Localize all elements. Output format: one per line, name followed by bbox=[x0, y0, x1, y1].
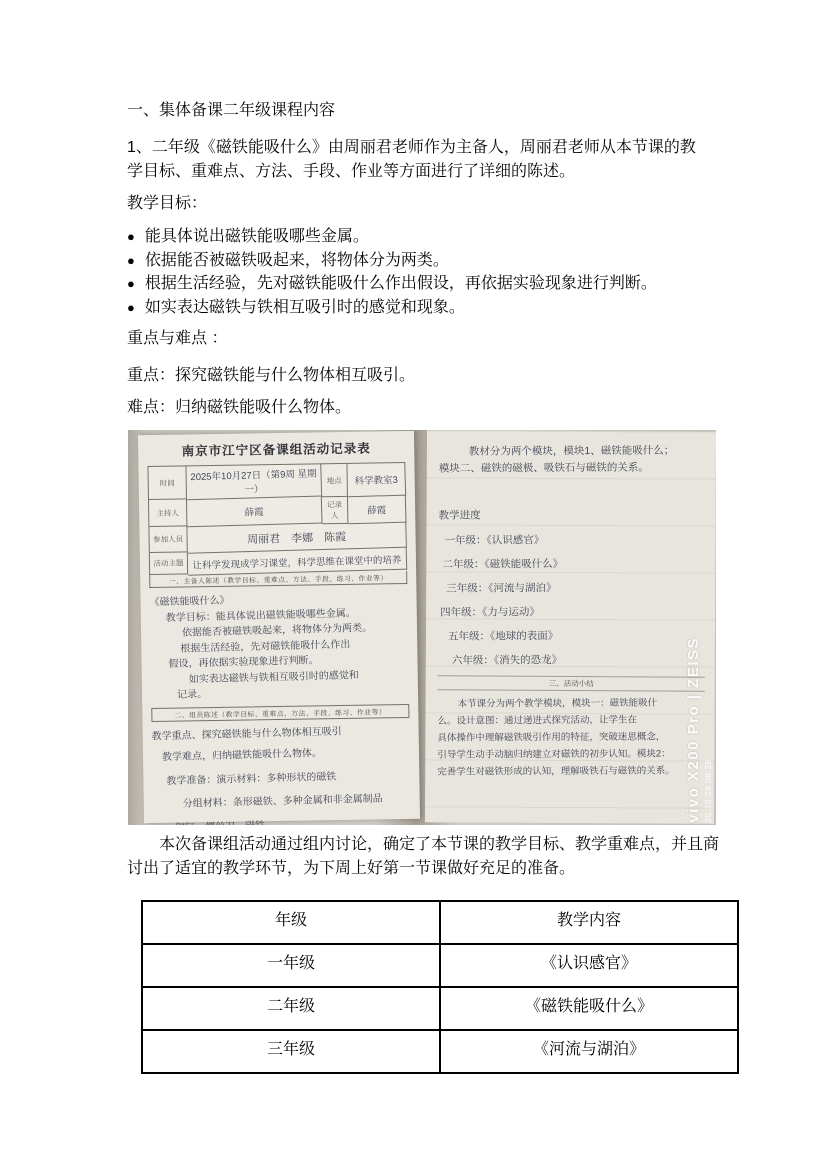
bullet-icon: ● bbox=[127, 249, 135, 273]
content-cell: 《河流与湖泊》 bbox=[440, 1030, 738, 1073]
camera-watermark: vivo X200 Pro | ZEISS 25.10.28 08:26 bbox=[685, 637, 713, 823]
difficulty-line: 难点：归纳磁铁能吸什么物体。 bbox=[127, 396, 699, 420]
form-label-host: 主持人 bbox=[149, 499, 187, 527]
objective-item: ● 能具体说出磁铁能吸哪些金属。 bbox=[127, 225, 699, 249]
schedule-label: 教学进度 bbox=[439, 506, 706, 524]
objectives-list: ● 能具体说出磁铁能吸哪些金属。 ● 依据能否被磁铁吸起来，将物体分为两类。 ●… bbox=[127, 225, 699, 319]
bullet-icon: ● bbox=[127, 272, 135, 296]
objective-item: ● 根据生活经验，先对磁铁能吸什么作出假设，再依据实验现象进行判断。 bbox=[127, 272, 699, 296]
schedule-line: 四年级：《力与运动》 bbox=[440, 603, 705, 621]
objective-text: 依据能否被磁铁吸起来，将物体分为两类。 bbox=[145, 249, 449, 273]
record-form-grid: 时间 2025年10月27日（第9周 星期一） 地点 科学教室3 主持人 薛霞 … bbox=[147, 462, 407, 575]
watermark-brand: vivo X200 Pro | ZEISS bbox=[685, 637, 702, 823]
handwriting-line: 铜钉、螺丝刀、磁铁 bbox=[175, 814, 411, 825]
grade-cell: 二年级 bbox=[142, 987, 440, 1030]
grade-cell: 一年级 bbox=[142, 944, 440, 987]
photo-right-page: 教材分为两个模块，模块1、磁铁能吸什么； 模块二、磁铁的磁极、吸铁石与磁铁的关系… bbox=[425, 430, 716, 824]
form-value-time: 2025年10月27日（第9周 星期一） bbox=[186, 463, 322, 500]
form-value-host: 薛霞 bbox=[187, 496, 323, 527]
record-form-photo: 南京市江宁区备课组活动记录表 时间 2025年10月27日（第9周 星期一） 地… bbox=[128, 430, 716, 825]
handwriting-line: 本节课分为两个教学模块，模块一：磁铁能吸什 bbox=[458, 694, 705, 712]
handwriting-line: 教材分为两个模块，模块1、磁铁能吸什么； bbox=[469, 442, 706, 460]
handwritten-notes-1: 《磁铁能吸什么》 教学目标：能具体说出磁铁能吸哪些金属。 依据能否被磁铁吸起来，… bbox=[149, 590, 409, 703]
form-label-participants: 参加人员 bbox=[149, 526, 187, 553]
form-value-place: 科学教室3 bbox=[347, 463, 406, 498]
handwriting-line: 模块二、磁铁的磁极、吸铁石与磁铁的关系。 bbox=[439, 459, 706, 477]
form-label-topic: 活动主题 bbox=[150, 552, 188, 575]
form-value-recorder: 薛霞 bbox=[348, 496, 407, 525]
objective-text: 根据生活经验，先对磁铁能吸什么作出假设，再依据实验现象进行判断。 bbox=[145, 272, 657, 296]
bullet-icon: ● bbox=[127, 296, 135, 320]
grade-content-table: 年级 教学内容 一年级 《认识感官》 二年级 《磁铁能吸什么》 三年级 《河流与… bbox=[141, 900, 739, 1074]
content-cell: 《认识感官》 bbox=[440, 944, 738, 987]
form-title: 南京市江宁区备课组活动记录表 bbox=[147, 438, 405, 460]
handwriting-line: 教学难点，归纳磁铁能吸什么物体。 bbox=[162, 744, 410, 766]
objective-item: ● 依据能否被磁铁吸起来，将物体分为两类。 bbox=[127, 249, 699, 273]
handwriting-line: 引导学生动手动脑归纳建立对磁铁的初步认知。模块2： bbox=[437, 745, 704, 763]
form-section3-header: 三、活动小结 bbox=[438, 675, 705, 691]
objective-text: 能具体说出磁铁能吸哪些金属。 bbox=[145, 225, 369, 249]
form-label-place: 地点 bbox=[321, 464, 348, 497]
watermark-datetime: 25.10.28 08:26 bbox=[703, 759, 713, 823]
section-heading: 一、集体备课二年级课程内容 bbox=[127, 99, 699, 123]
table-row: 一年级 《认识感官》 bbox=[142, 944, 738, 987]
form-label-recorder: 记录人 bbox=[322, 497, 348, 524]
content-cell: 《磁铁能吸什么》 bbox=[440, 987, 738, 1030]
grade-cell: 三年级 bbox=[142, 1030, 440, 1073]
conclusion-paragraph: 本次备课组活动通过组内讨论，确定了本节课的教学目标、教学重难点，并且商讨出了适宜… bbox=[127, 833, 719, 880]
handwriting-line: 具体操作中理解磁铁吸引作用的特征，突破迷思概念， bbox=[437, 728, 704, 746]
objective-item: ● 如实表达磁铁与铁相互吸引时的感觉和现象。 bbox=[127, 296, 699, 320]
handwriting-line: 教学重点、探究磁铁能与什么物体相互吸引 bbox=[152, 722, 410, 744]
photo-left-page: 南京市江宁区备课组活动记录表 时间 2025年10月27日（第9周 星期一） 地… bbox=[138, 431, 420, 823]
intro-paragraph: 1、二年级《磁铁能吸什么》由周丽君老师作为主备人，周丽君老师从本节课的教学目标、… bbox=[127, 136, 697, 183]
schedule-line: 六年级：《消失的恐龙》 bbox=[452, 651, 705, 669]
form-label-time: 时间 bbox=[148, 466, 187, 500]
bullet-icon: ● bbox=[127, 225, 135, 249]
table-header-content: 教学内容 bbox=[440, 901, 738, 944]
handwriting-line: 么。设计意图：通过递进式探究活动，让学生在 bbox=[437, 711, 704, 729]
document-page: 一、集体备课二年级课程内容 1、二年级《磁铁能吸什么》由周丽君老师作为主备人，周… bbox=[0, 0, 827, 1170]
form-section2-header: 二、组员陈述（教学目标、重难点、方法、手段、练习、作业等） bbox=[151, 703, 409, 721]
table-header-row: 年级 教学内容 bbox=[142, 901, 738, 944]
table-header-grade: 年级 bbox=[142, 901, 440, 944]
focus-difficulty-label: 重点与难点 ： bbox=[127, 327, 699, 351]
handwriting-line: 完善学生对磁铁形成的认知，理解吸铁石与磁铁的关系。 bbox=[437, 762, 704, 780]
table-row: 三年级 《河流与湖泊》 bbox=[142, 1030, 738, 1073]
schedule-line: 三年级：《河流与湖泊》 bbox=[446, 579, 705, 597]
summary-notes: 本节课分为两个教学模块，模块一：磁铁能吸什 么。设计意图：通过递进式探究活动，让… bbox=[437, 694, 704, 780]
schedule-line: 五年级：《地球的表面》 bbox=[448, 627, 705, 645]
schedule-line: 二年级：《磁铁能吸什么》 bbox=[442, 555, 705, 573]
handwritten-notes-2: 教学重点、探究磁铁能与什么物体相互吸引 教学难点，归纳磁铁能吸什么物体。 教学准… bbox=[152, 723, 412, 825]
table-row: 二年级 《磁铁能吸什么》 bbox=[142, 987, 738, 1030]
handwriting-line: 分组材料：条形磁铁、多种金属和非金属制品 bbox=[183, 791, 411, 812]
objective-text: 如实表达磁铁与铁相互吸引时的感觉和现象。 bbox=[145, 296, 465, 320]
schedule-line: 一年级：《认识感官》 bbox=[444, 531, 705, 549]
objectives-label: 教学目标： bbox=[127, 192, 699, 216]
handwriting-line: 教学准备：演示材料：多种形状的磁铁 bbox=[166, 767, 410, 789]
focus-line: 重点：探究磁铁能与什么物体相互吸引。 bbox=[127, 364, 699, 388]
schedule-list: 一年级：《认识感官》 二年级：《磁铁能吸什么》 三年级：《河流与湖泊》 四年级：… bbox=[438, 531, 706, 669]
